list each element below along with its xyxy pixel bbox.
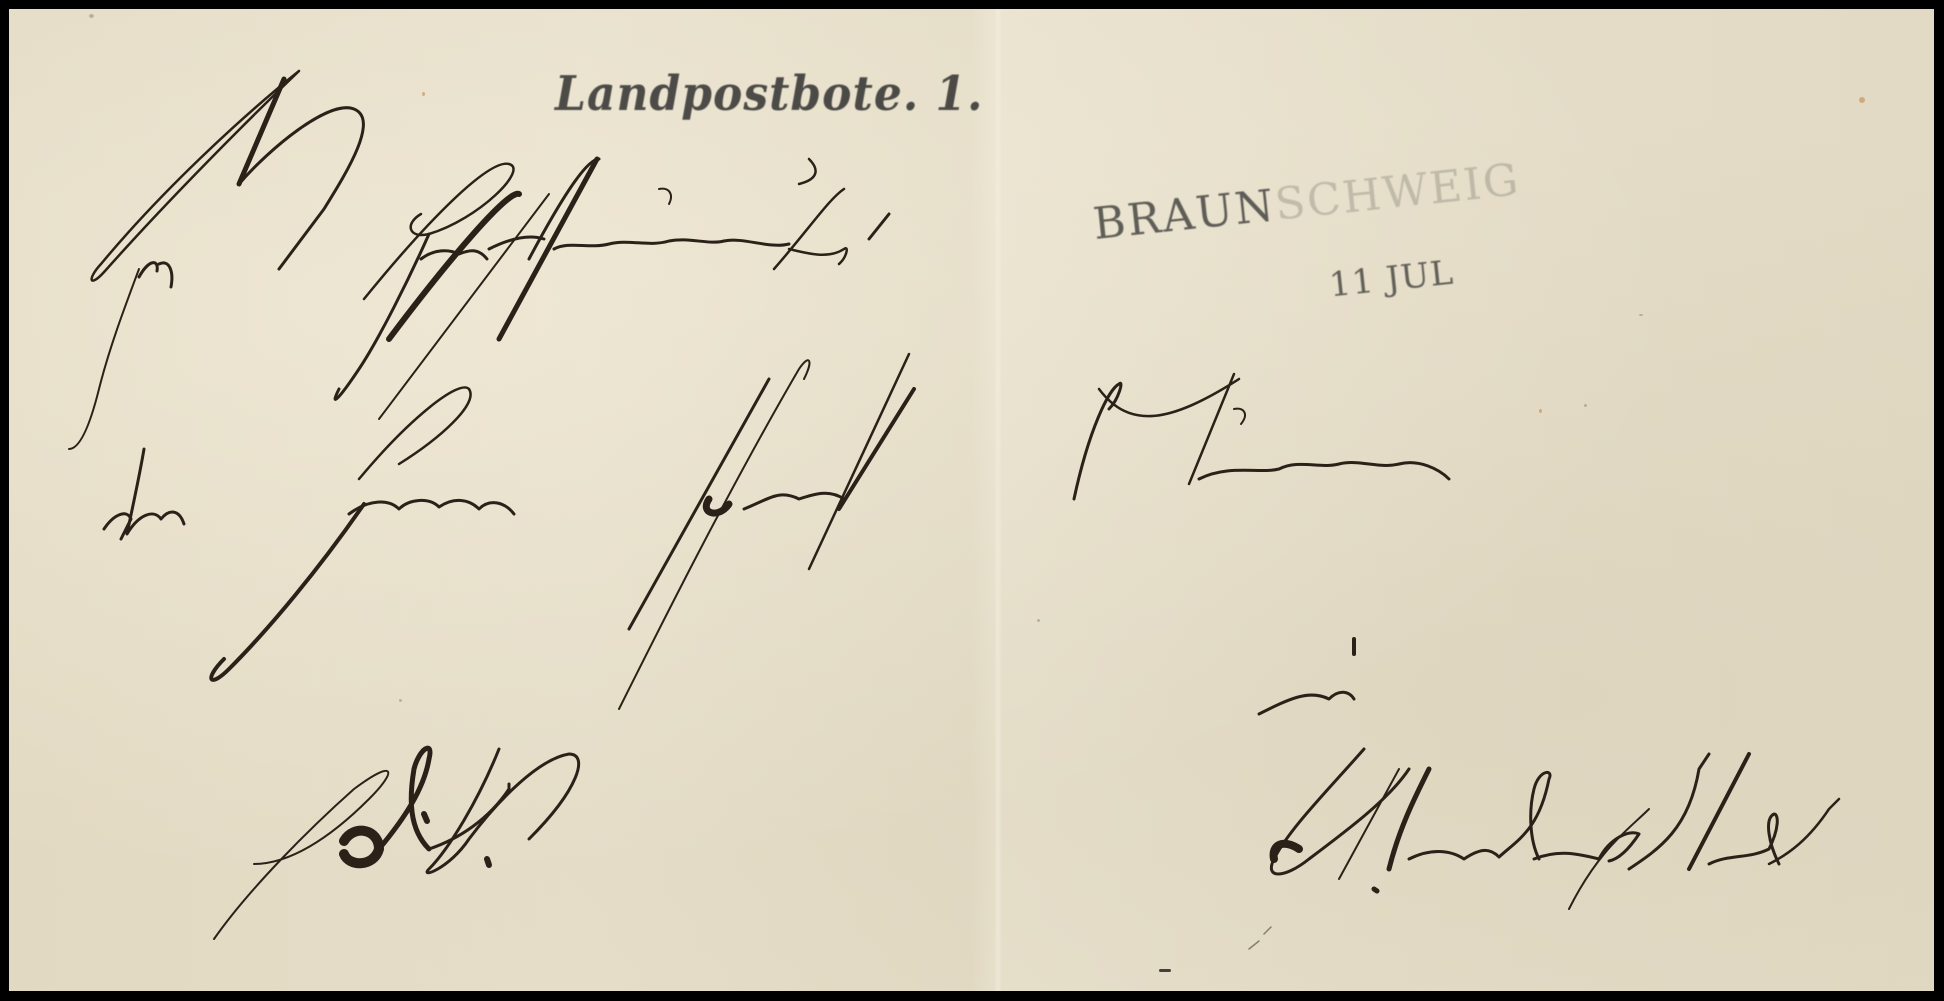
address-line3-strokes [1259,639,1354,714]
handwritten-address [9,9,1934,991]
address-line1-strokes [92,71,889,419]
black-border-frame: Landpostbote. 1. BRAUNSCHWEIG 11 JUL [0,0,1944,1001]
address-line2-strokes [69,269,1449,709]
endorsement-strokes [214,748,579,939]
letter-cover: Landpostbote. 1. BRAUNSCHWEIG 11 JUL [9,9,1934,991]
address-line4-strokes [1271,749,1839,909]
